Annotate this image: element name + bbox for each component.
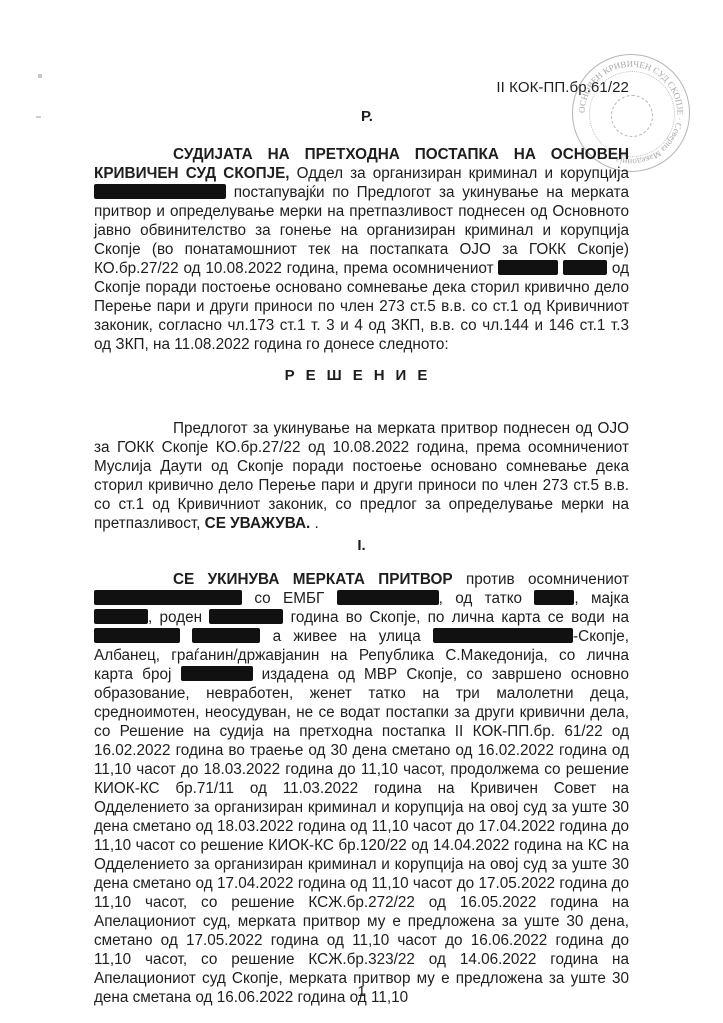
- redacted-id-name: [94, 628, 180, 643]
- scan-speck: [38, 74, 42, 78]
- section-one-lead: СЕ УКИНУВА МЕРКАТА ПРИТВОР: [173, 571, 453, 588]
- redacted-judge-name: [94, 184, 226, 199]
- header-mark: Р.: [361, 108, 373, 125]
- section-one-heading: I.: [0, 537, 723, 554]
- decision-title: РЕШЕНИЕ: [0, 367, 723, 384]
- page-number: 1: [0, 983, 723, 1000]
- redacted-street: [433, 628, 573, 643]
- intro-paragraph: СУДИЈАТА НА ПРЕТХОДНА ПОСТАПКА НА ОСНОВЕ…: [94, 145, 629, 354]
- redacted-father-name: [534, 590, 574, 605]
- stamp-emblem-icon: [611, 95, 653, 137]
- redacted-birth-date: [209, 609, 283, 624]
- redacted-id-surname: [192, 628, 260, 643]
- redacted-suspect-surname: [563, 260, 607, 275]
- redacted-embg: [337, 590, 439, 605]
- section-one-paragraph: СЕ УКИНУВА МЕРКАТА ПРИТВОР против осомни…: [94, 570, 629, 1007]
- scan-speck: [36, 116, 41, 118]
- redacted-suspect-name: [498, 260, 558, 275]
- redacted-mother-name: [94, 609, 148, 624]
- redacted-name: [94, 590, 242, 605]
- decision-verdict: СЕ УВАЖУВА.: [205, 515, 311, 532]
- decision-paragraph: Предлогот за укинување на мерката притво…: [94, 419, 629, 533]
- redacted-id-number: [181, 666, 253, 681]
- document-page: II КОК-ПП.бр.61/22 ОСНОВЕН КРИВИЧЕН СУД …: [0, 0, 723, 1023]
